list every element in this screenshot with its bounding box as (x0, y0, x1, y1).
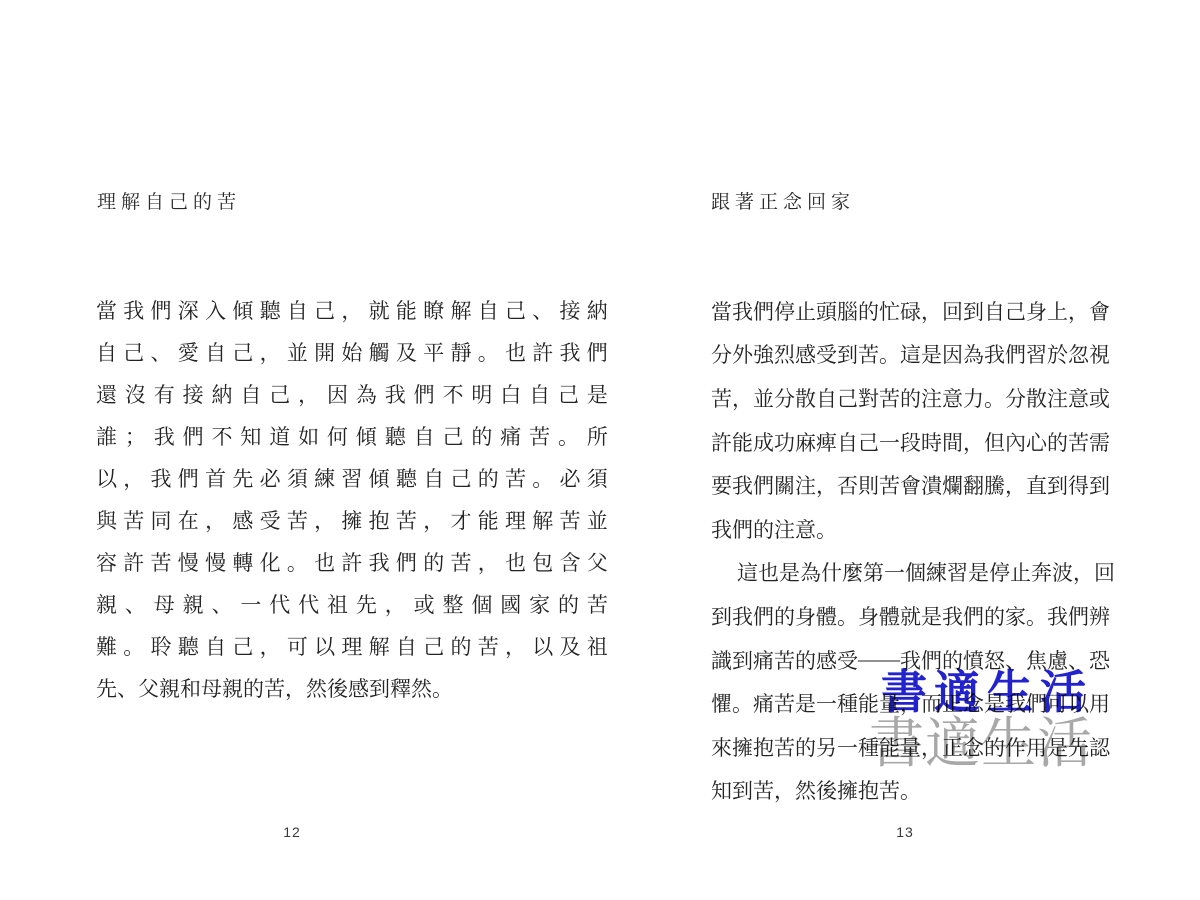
text-line: 到我們的身體。身體就是我們的家。我們辨 (711, 594, 1110, 638)
text-line: 難。聆聽自己，可以理解自己的苦，以及祖 (96, 625, 608, 667)
text-line: 苦，並分散自己對苦的注意力。分散注意或 (711, 376, 1110, 420)
text-line: 我們的注意。 (711, 507, 1110, 551)
right-page-title: 跟著正念回家 (711, 187, 855, 214)
text-line: 當我們停止頭腦的忙碌，回到自己身上，會 (711, 289, 1110, 333)
text-line: 許能成功麻痺自己一段時間，但內心的苦需 (711, 420, 1110, 464)
text-line: 先、父親和母親的苦，然後感到釋然。 (96, 667, 608, 709)
left-page-title: 理解自己的苦 (97, 187, 241, 214)
text-line: 與苦同在，感受苦，擁抱苦，才能理解苦並 (96, 499, 608, 541)
text-line: 要我們關注，否則苦會潰爛翻騰，直到得到 (711, 463, 1110, 507)
left-page-body-text: 當我們深入傾聽自己，就能瞭解自己、接納自己、愛自己，並開始觸及平靜。也許我們還沒… (96, 289, 608, 709)
text-line: 來擁抱苦的另一種能量，正念的作用是先認 (711, 725, 1110, 769)
text-line: 親、母親、一代代祖先，或整個國家的苦 (96, 583, 608, 625)
text-line: 識到痛苦的感受——我們的憤怒、焦慮、恐 (711, 638, 1110, 682)
text-line: 自己、愛自己，並開始觸及平靜。也許我們 (96, 331, 608, 373)
text-line: 以，我們首先必須練習傾聽自己的苦。必須 (96, 457, 608, 499)
text-line: 還沒有接納自己，因為我們不明白自己是 (96, 373, 608, 415)
text-line: 容許苦慢慢轉化。也許我們的苦，也包含父 (96, 541, 608, 583)
text-line: 懼。痛苦是一種能量，而正念是我們可以用 (711, 681, 1110, 725)
right-page-number: 13 (875, 824, 935, 840)
text-line: 這也是為什麼第一個練習是停止奔波，回 (711, 551, 1110, 595)
text-line: 誰；我們不知道如何傾聽自己的痛苦。所 (96, 415, 608, 457)
text-line: 當我們深入傾聽自己，就能瞭解自己、接納 (96, 289, 608, 331)
left-page-number: 12 (262, 824, 322, 840)
text-line: 知到苦，然後擁抱苦。 (711, 769, 1110, 813)
right-page-body-text: 當我們停止頭腦的忙碌，回到自己身上，會分外強烈感受到苦。這是因為我們習於忽視苦，… (711, 289, 1110, 812)
text-line: 分外強烈感受到苦。這是因為我們習於忽視 (711, 333, 1110, 377)
